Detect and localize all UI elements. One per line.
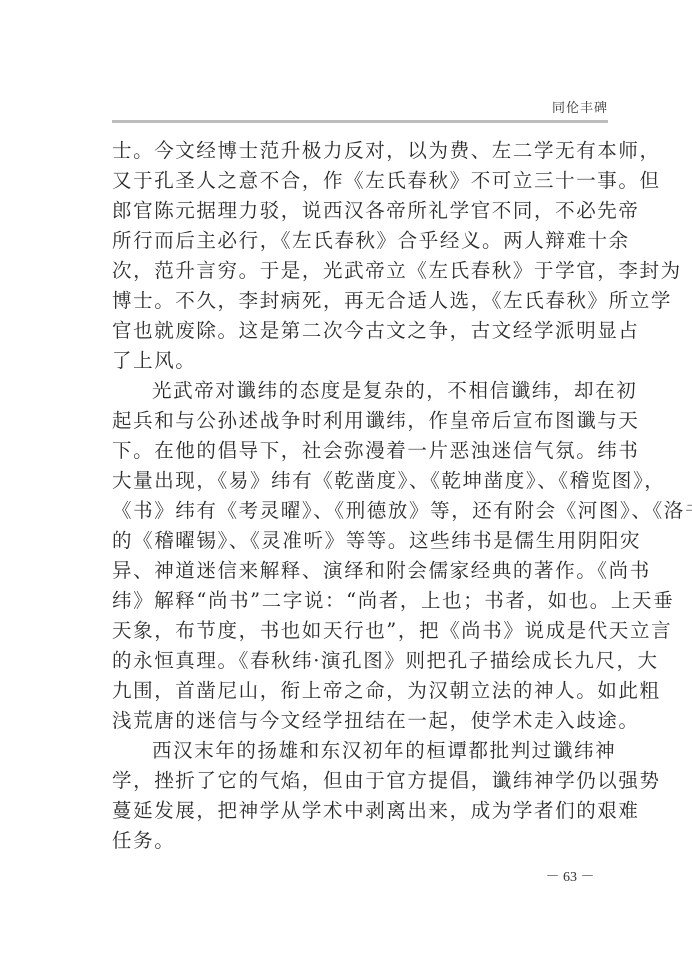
text-line: 士。今文经博士范升极力反对，以为费、左二学无有本师， [112, 136, 612, 166]
text-line: 了上风。 [112, 346, 612, 376]
text-line: 官也就废除。这是第二次今古文之争，古文经学派明显占 [112, 316, 612, 346]
header-rule [112, 120, 608, 123]
text-line: 学，挫折了它的气焰，但由于官方提倡，谶纬神学仍以强势 [112, 766, 612, 796]
body-text: 士。今文经博士范升极力反对，以为费、左二学无有本师， 又于孔圣人之意不合，作《左… [112, 136, 612, 856]
text-line: 又于孔圣人之意不合，作《左氏春秋》不可立三十一事。但 [112, 166, 612, 196]
text-line: 蔓延发展，把神学从学术中剥离出来，成为学者们的艰难 [112, 796, 612, 826]
text-line: 《书》纬有《考灵曜》、《刑德放》等，还有附会《河图》、《洛书》 [112, 496, 612, 526]
text-line: 九围，首凿尼山，衔上帝之命，为汉朝立法的神人。如此粗 [112, 676, 612, 706]
text-line: 纬》解释“尚书”二字说：“尚者，上也；书者，如也。上天垂 [112, 586, 612, 616]
book-page: 同伦丰碑 士。今文经博士范升极力反对，以为费、左二学无有本师， 又于孔圣人之意不… [0, 0, 692, 968]
paragraph-start-line: 西汉末年的扬雄和东汉初年的桓谭都批判过谶纬神 [112, 736, 612, 766]
text-line: 起兵和与公孙述战争时利用谶纬，作皇帝后宣布图谶与天 [112, 406, 612, 436]
text-line: 任务。 [112, 826, 612, 856]
running-head-title: 同伦丰碑 [112, 97, 608, 116]
text-line: 次，范升言穷。于是，光武帝立《左氏春秋》于学官，李封为 [112, 256, 612, 286]
text-line: 的永恒真理。《春秋纬·演孔图》则把孔子描绘成长九尺，大 [112, 646, 612, 676]
paragraph-start-line: 光武帝对谶纬的态度是复杂的，不相信谶纬，却在初 [112, 376, 612, 406]
text-line: 郎官陈元据理力驳，说西汉各帝所礼学官不同，不必先帝 [112, 196, 612, 226]
text-line: 浅荒唐的迷信与今文经学扭结在一起，使学术走入歧途。 [112, 706, 612, 736]
text-line: 天象，布节度，书也如天行也”，把《尚书》说成是代天立言 [112, 616, 612, 646]
text-line: 异、神道迷信来解释、演绎和附会儒家经典的著作。《尚书 [112, 556, 612, 586]
page-number: － 63 － [530, 866, 610, 886]
text-line: 下。在他的倡导下，社会弥漫着一片恶浊迷信气氛。纬书 [112, 436, 612, 466]
text-line: 所行而后主必行，《左氏春秋》合乎经义。两人辩难十余 [112, 226, 612, 256]
text-line: 的《稽曜锡》、《灵准听》等等。这些纬书是儒生用阴阳灾 [112, 526, 612, 556]
text-line: 博士。不久，李封病死，再无合适人选，《左氏春秋》所立学 [112, 286, 612, 316]
text-line: 大量出现，《易》纬有《乾凿度》、《乾坤凿度》、《稽览图》， [112, 466, 612, 496]
